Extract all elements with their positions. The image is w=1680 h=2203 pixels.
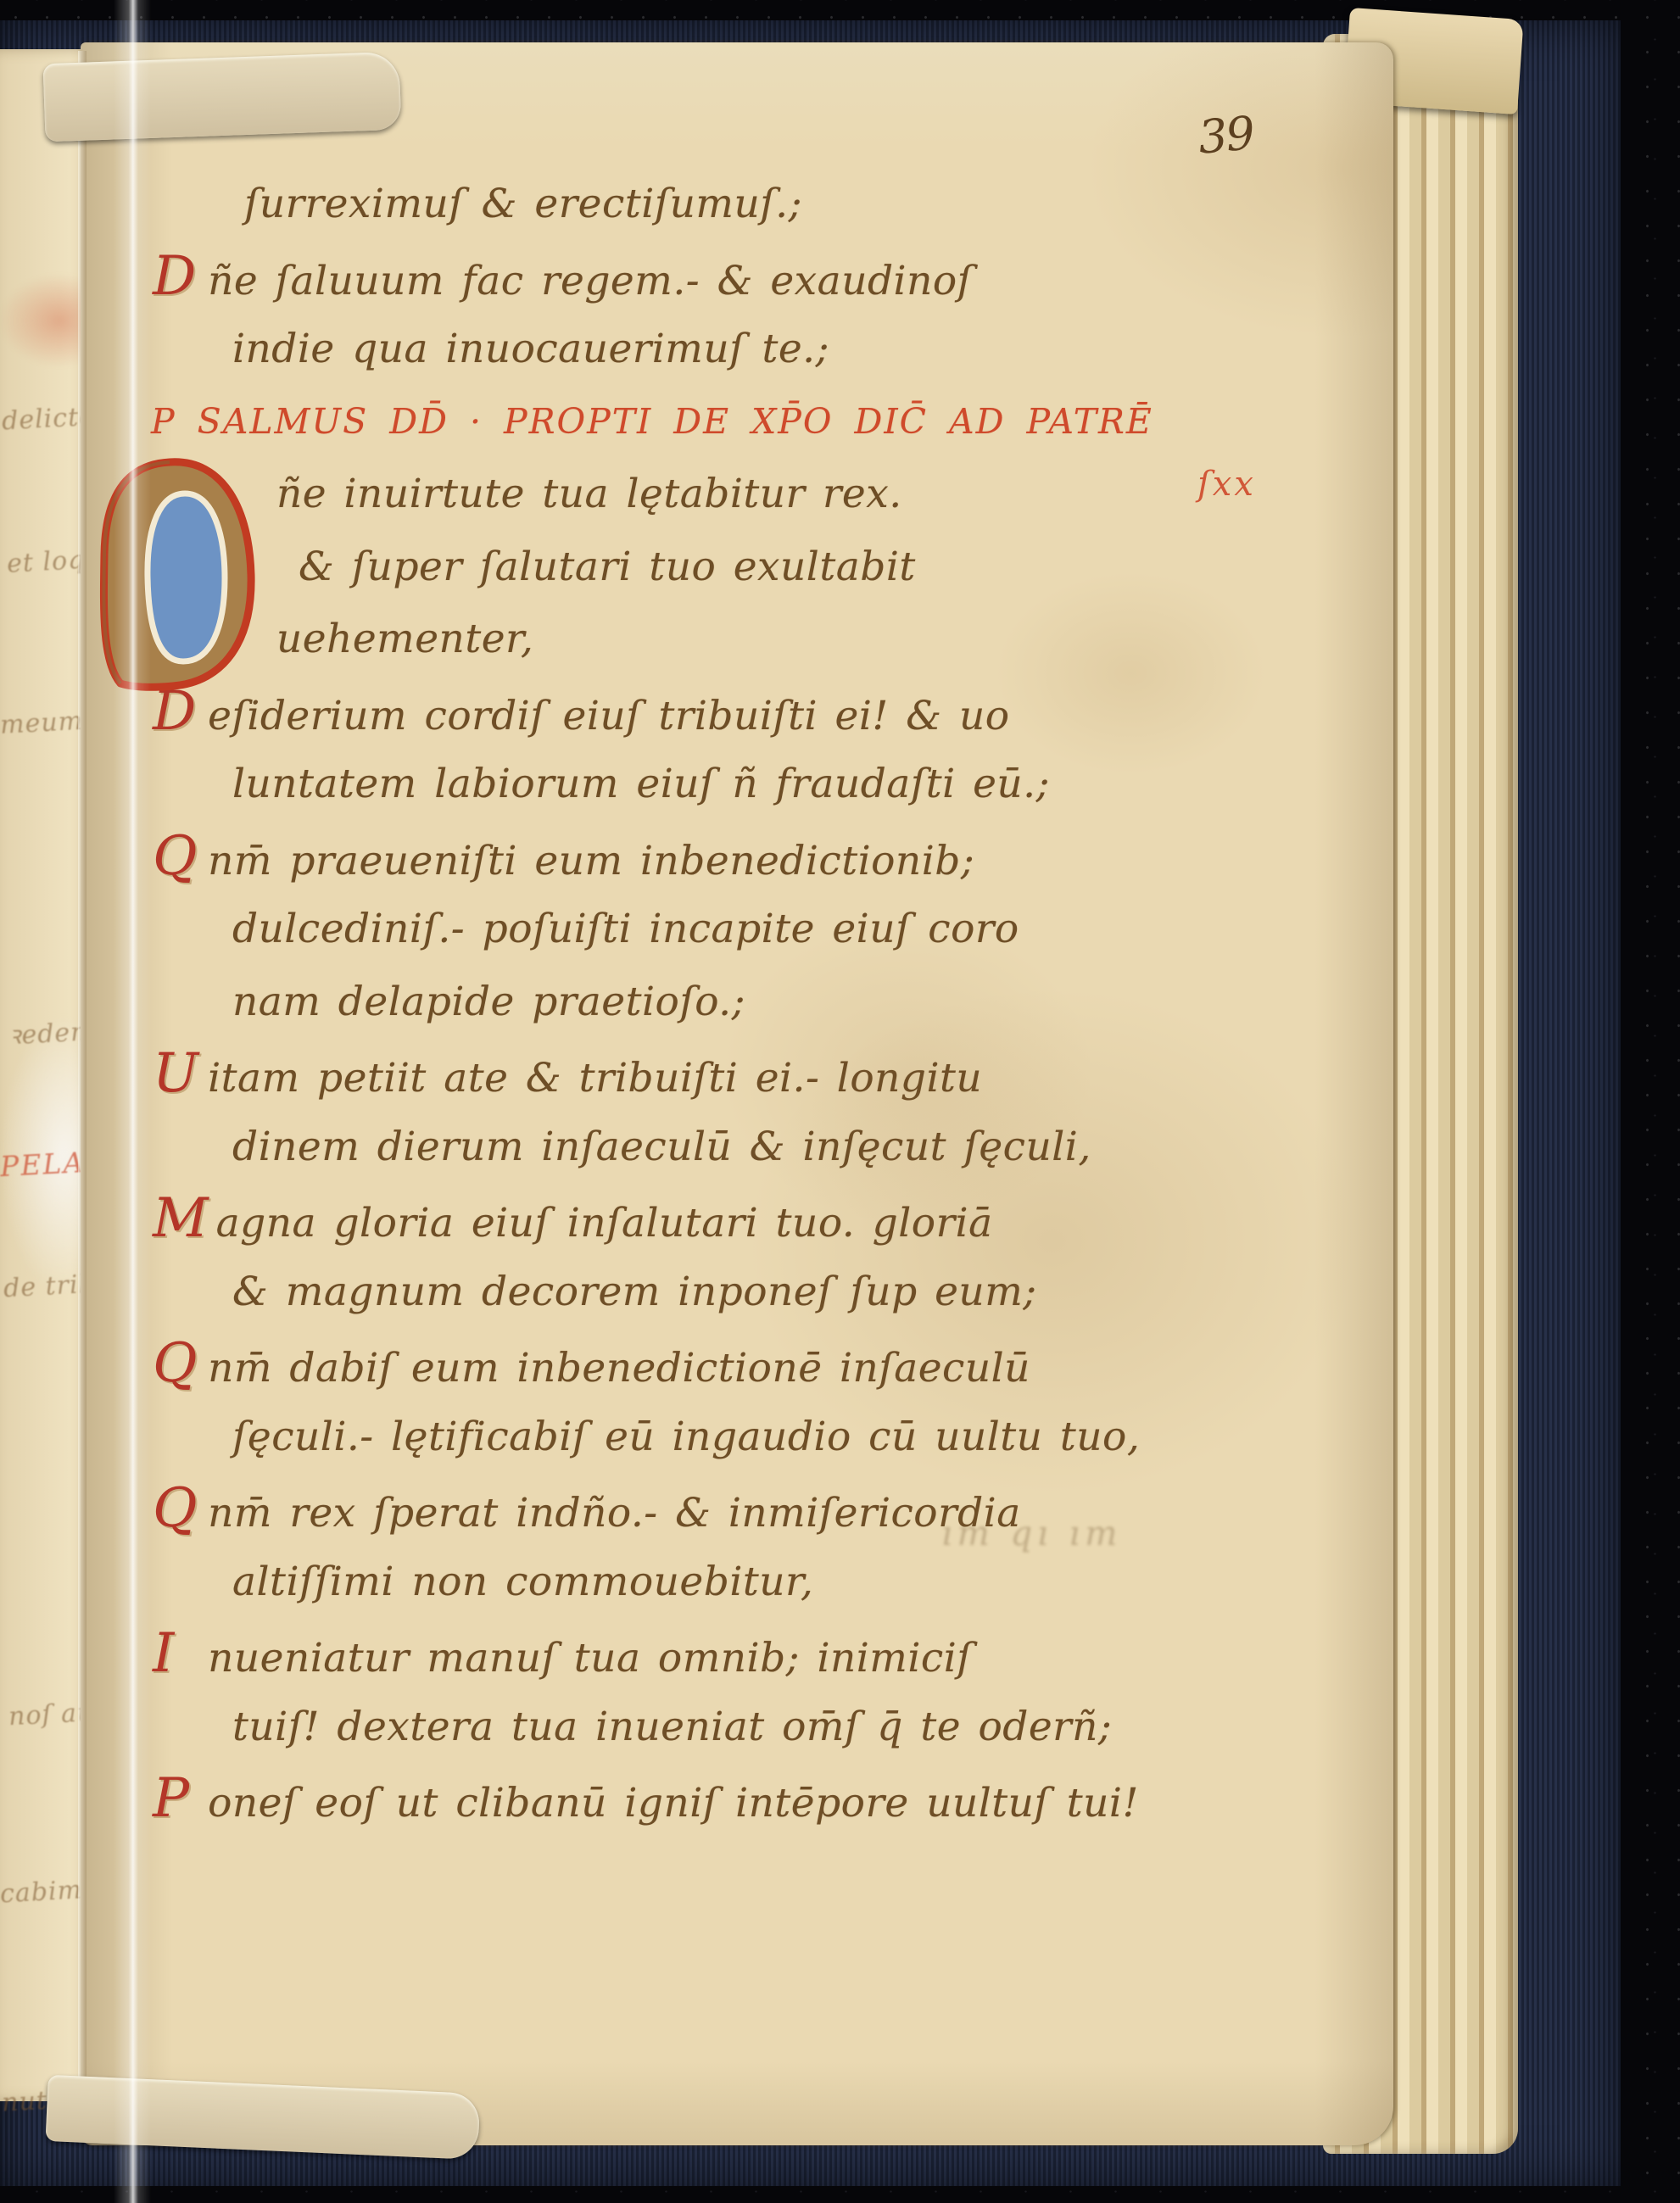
page-number: 39	[1196, 106, 1255, 164]
text-line: U itam petiit ate & tribuiſti ei.- longi…	[195, 1038, 1331, 1111]
line-text: indie qua inuocauerimuſ te.;	[232, 326, 829, 372]
line-text: dinem dierum inſaeculū & inſęcut ſęculi,	[232, 1124, 1091, 1170]
line-text: & magnum decorem inponeſ ſup eum;	[232, 1269, 1037, 1315]
page-curl-highlight	[78, 51, 87, 2120]
line-text: nam delapide praetioſo.;	[232, 979, 745, 1025]
text-line: ſurreximuſ & erectiſumuſ.;	[195, 168, 1331, 241]
text-line: indie qua inuocauerimuſ te.;	[195, 313, 1331, 386]
text-line: & ſuper ſalutari tuo exultabit	[195, 531, 1331, 604]
text-line: ñe inuirtute tua lętabitur rex.	[195, 458, 1331, 531]
line-text: nm̄ rex ſperat indño.- & inmiſericordia	[208, 1490, 1021, 1537]
line-text: P SALMUS DD̄ · PROPTI DE XP̄O DIC̄ AD PA…	[151, 401, 1153, 442]
text-line: Q nm̄ rex ſperat indño.- & inmiſericordi…	[195, 1473, 1331, 1546]
psalm-number-margin-mark: ſxx	[1197, 465, 1256, 504]
line-text: & ſuper ſalutari tuo exultabit	[299, 544, 916, 590]
line-text: eſiderium cordiſ eiuſ tribuiſti ei! & uo	[208, 693, 1009, 739]
line-text: nm̄ praeueniſti eum inbenedictionib;	[208, 838, 974, 884]
text-line: dulcediniſ.- poſuiſti incapite eiuſ coro	[195, 893, 1331, 966]
text-line: uehementer,	[195, 603, 1331, 676]
text-line: P oneſ eoſ ut clibanū igniſ intēpore uul…	[195, 1763, 1331, 1836]
line-text: oneſ eoſ ut clibanū igniſ intēpore uultu…	[208, 1780, 1139, 1827]
text-line: & magnum decorem inponeſ ſup eum;	[195, 1256, 1331, 1329]
line-text: ſęculi.- lętificabiſ eū ingaudio cū uult…	[232, 1414, 1140, 1460]
text-line: D ñe ſaluuum fac regem.- & exaudinoſ	[195, 241, 1331, 314]
text-line: dinem dierum inſaeculū & inſęcut ſęculi,	[195, 1111, 1331, 1184]
verse-initial: M	[153, 1183, 209, 1256]
line-text: ñe inuirtute tua lętabitur rex.	[276, 471, 902, 517]
line-text: luntatem labiorum eiuſ ñ fraudaſti eū.;	[232, 761, 1050, 807]
text-line: Q nm̄ praeueniſti eum inbenedictionib;	[195, 821, 1331, 894]
text-line: altiſſimi non commouebitur,	[195, 1546, 1331, 1619]
text-line: ſęculi.- lętificabiſ eū ingaudio cū uult…	[195, 1401, 1331, 1474]
verse-initial: D	[153, 241, 200, 314]
text-line: tuiſ! dextera tua inueniat om̄ſ q̄ te od…	[195, 1691, 1331, 1764]
verse-initial: Q	[153, 1473, 200, 1546]
photo-background: delicto maximaet loqui orſmeum ſperiꝛede…	[0, 0, 1680, 2203]
line-text: altiſſimi non commouebitur,	[232, 1559, 813, 1605]
line-text: agna gloria eiuſ inſalutari tuo. gloriā	[216, 1200, 993, 1247]
line-text: ñe ſaluuum fac regem.- & exaudinoſ	[208, 258, 972, 304]
line-text: nueniatur manuſ tua omnib; inimiciſ	[208, 1635, 972, 1682]
offset-ink-ghost: ım qı ım	[941, 1514, 1122, 1553]
verse-initial: Q	[153, 821, 200, 894]
line-text: dulcediniſ.- poſuiſti incapite eiuſ coro	[232, 906, 1019, 952]
line-text: uehementer,	[276, 616, 533, 662]
text-block: ſurreximuſ & erectiſumuſ.; D ñe ſaluuum …	[195, 168, 1331, 1836]
text-line: luntatem labiorum eiuſ ñ fraudaſti eū.;	[195, 748, 1331, 821]
text-line: P SALMUS DD̄ · PROPTI DE XP̄O DIC̄ AD PA…	[151, 386, 1331, 459]
line-text: tuiſ! dextera tua inueniat om̄ſ q̄ te od…	[232, 1704, 1112, 1750]
verse-initial: I	[153, 1618, 200, 1691]
verse-initial: Q	[153, 1328, 200, 1401]
text-line: I nueniatur manuſ tua omnib; inimiciſ	[195, 1618, 1331, 1691]
text-line: M agna gloria eiuſ inſalutari tuo. glori…	[195, 1183, 1331, 1256]
bookmark-ribbon-top	[43, 52, 402, 142]
text-line: Q nm̄ dabiſ eum inbenedictionē inſaeculū	[195, 1328, 1331, 1401]
text-line: nam delapide praetioſo.;	[195, 966, 1331, 1039]
manuscript-page: 39 ſurreximuſ & erectiſumuſ.; D ñe ſaluu…	[81, 42, 1393, 2145]
line-text: itam petiit ate & tribuiſti ei.- longitu	[208, 1055, 982, 1101]
verse-initial: P	[153, 1763, 200, 1836]
text-line: D eſiderium cordiſ eiuſ tribuiſti ei! & …	[195, 676, 1331, 749]
line-text: nm̄ dabiſ eum inbenedictionē inſaeculū	[208, 1345, 1030, 1392]
transparent-page-strap	[114, 0, 151, 2203]
line-text: ſurreximuſ & erectiſumuſ.;	[244, 181, 802, 227]
verse-initial: U	[153, 1038, 200, 1111]
